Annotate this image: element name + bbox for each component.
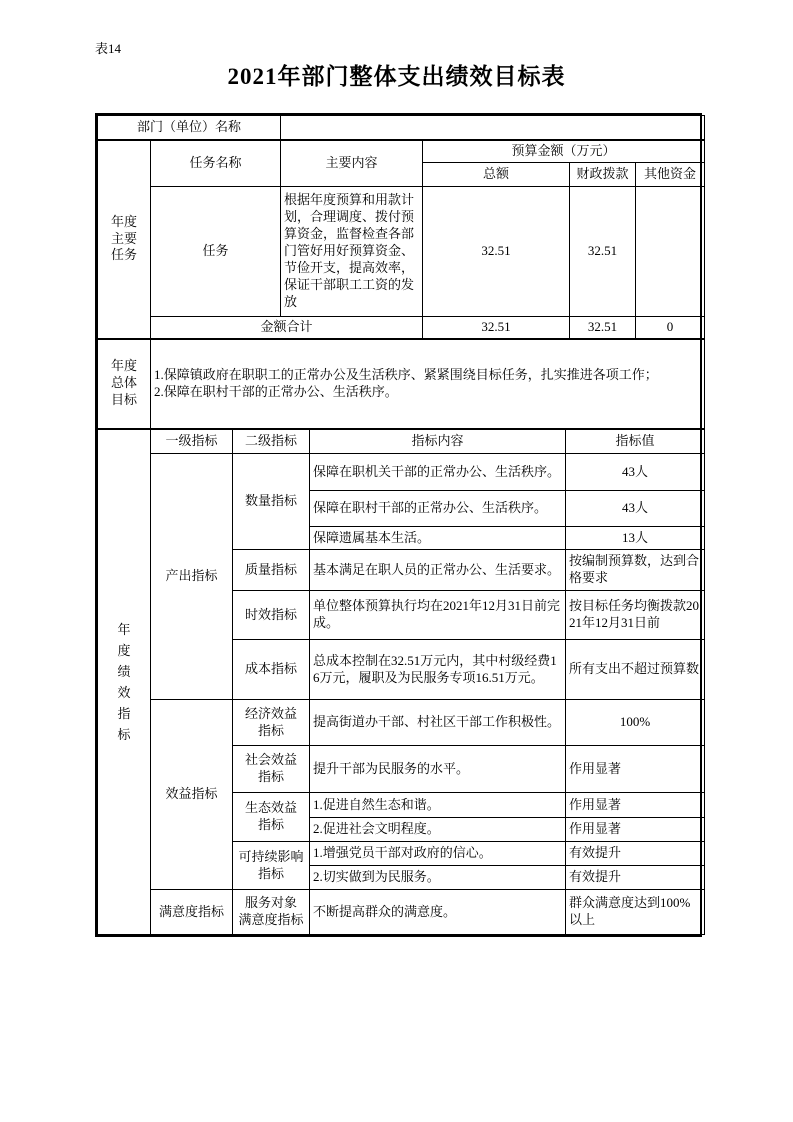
indicator-content: 总成本控制在32.51万元内，其中村级经费16万元，履职及为民服务专项16.51… <box>310 640 566 700</box>
indicator-content: 保障在职村干部的正常办公、生活秩序。 <box>310 491 566 527</box>
indicator-value: 按目标任务均衡拨款2021年12月31日前 <box>566 591 705 640</box>
indicator-content: 1.促进自然生态和谐。 <box>310 793 566 818</box>
task-name-cell: 任务 <box>151 187 281 317</box>
sub-service-target-satisfaction-indicator: 服务对象 满意度指标 <box>233 890 310 935</box>
sub-cost-indicator: 成本指标 <box>233 640 310 700</box>
sub-timeliness-indicator: 时效指标 <box>233 591 310 640</box>
sub-social-benefit-indicator: 社会效益 指标 <box>233 746 310 793</box>
task-total-cell: 32.51 <box>423 187 570 317</box>
col-header-task-name: 任务名称 <box>151 140 281 187</box>
sub-ecological-benefit-indicator: 生态效益 指标 <box>233 793 310 842</box>
indicator-value: 所有支出不超过预算数 <box>566 640 705 700</box>
document-page: 表14 2021年部门整体支出绩效目标表 部门（单位）名称 年度 主要 任务 任… <box>0 0 793 1122</box>
indicator-content: 保障遗属基本生活。 <box>310 527 566 550</box>
performance-target-table: 部门（单位）名称 年度 主要 任务 任务名称 主要内容 预算金额（万元） 总额 … <box>95 113 702 937</box>
sub-economic-benefit-indicator: 经济效益 指标 <box>233 700 310 746</box>
row-label-annual-goal: 年度 总体 目标 <box>98 339 151 429</box>
col-header-indicator-content: 指标内容 <box>310 430 566 454</box>
indicator-content: 不断提高群众的满意度。 <box>310 890 566 935</box>
sum-total-cell: 32.51 <box>423 317 570 339</box>
group-benefit-indicators: 效益指标 <box>151 700 233 890</box>
group-output-indicators: 产出指标 <box>151 454 233 700</box>
table-number-tag: 表14 <box>95 38 121 57</box>
task-fiscal-cell: 32.51 <box>570 187 636 317</box>
col-header-total: 总额 <box>423 163 570 187</box>
indicator-value: 有效提升 <box>566 866 705 890</box>
indicator-value: 13人 <box>566 527 705 550</box>
sub-quantity-indicator: 数量指标 <box>233 454 310 550</box>
sum-other-cell: 0 <box>636 317 705 339</box>
table-row: 产出指标 数量指标 保障在职机关干部的正常办公、生活秩序。 43人 <box>98 454 705 491</box>
indicator-value: 100% <box>566 700 705 746</box>
col-header-fiscal: 财政拨款 <box>570 163 636 187</box>
task-content-cell: 根据年度预算和用款计划，合理调度、拨付预算资金，监督检查各部门管好用好预算资金、… <box>281 187 423 317</box>
annual-goal-content: 1.保障镇政府在职职工的正常办公及生活秩序、紧紧围绕目标任务，扎实推进各项工作；… <box>151 339 705 429</box>
indicator-value: 群众满意度达到100%以上 <box>566 890 705 935</box>
indicator-value: 有效提升 <box>566 842 705 866</box>
col-header-main-content: 主要内容 <box>281 140 423 187</box>
row-label-annual-tasks: 年度 主要 任务 <box>98 140 151 339</box>
col-header-other: 其他资金 <box>636 163 705 187</box>
indicator-content: 保障在职机关干部的正常办公、生活秩序。 <box>310 454 566 491</box>
group-satisfaction-indicators: 满意度指标 <box>151 890 233 935</box>
indicator-content: 基本满足在职人员的正常办公、生活要求。 <box>310 550 566 591</box>
indicator-content: 2.促进社会文明程度。 <box>310 818 566 842</box>
task-other-cell <box>636 187 705 317</box>
indicators-table: 年 度 绩 效 指 标 一级指标 二级指标 指标内容 指标值 产出指标 数量指标… <box>97 429 705 935</box>
indicator-value: 43人 <box>566 491 705 527</box>
dept-name-value <box>281 116 705 140</box>
sub-quality-indicator: 质量指标 <box>233 550 310 591</box>
indicator-content: 2.切实做到为民服务。 <box>310 866 566 890</box>
indicator-value: 作用显著 <box>566 746 705 793</box>
row-label-annual-performance: 年 度 绩 效 指 标 <box>98 430 151 935</box>
tasks-table: 部门（单位）名称 年度 主要 任务 任务名称 主要内容 预算金额（万元） 总额 … <box>97 115 705 429</box>
indicator-content: 1.增强党员干部对政府的信心。 <box>310 842 566 866</box>
indicator-value: 43人 <box>566 454 705 491</box>
indicator-value: 作用显著 <box>566 818 705 842</box>
sum-fiscal-cell: 32.51 <box>570 317 636 339</box>
indicator-value: 作用显著 <box>566 793 705 818</box>
page-title: 2021年部门整体支出绩效目标表 <box>0 58 793 91</box>
indicator-value: 按编制预算数，达到合格要求 <box>566 550 705 591</box>
sub-sustainable-impact-indicator: 可持续影响 指标 <box>233 842 310 890</box>
dept-name-label: 部门（单位）名称 <box>98 116 281 140</box>
table-row: 效益指标 经济效益 指标 提高街道办干部、村社区干部工作积极性。 100% <box>98 700 705 746</box>
col-header-level2: 二级指标 <box>233 430 310 454</box>
indicator-content: 提升干部为民服务的水平。 <box>310 746 566 793</box>
indicator-content: 单位整体预算执行均在2021年12月31日前完成。 <box>310 591 566 640</box>
col-header-level1: 一级指标 <box>151 430 233 454</box>
indicator-content: 提高街道办干部、村社区干部工作积极性。 <box>310 700 566 746</box>
sum-label-cell: 金额合计 <box>151 317 423 339</box>
col-header-budget: 预算金额（万元） <box>423 140 705 163</box>
col-header-indicator-value: 指标值 <box>566 430 705 454</box>
table-row: 满意度指标 服务对象 满意度指标 不断提高群众的满意度。 群众满意度达到100%… <box>98 890 705 935</box>
